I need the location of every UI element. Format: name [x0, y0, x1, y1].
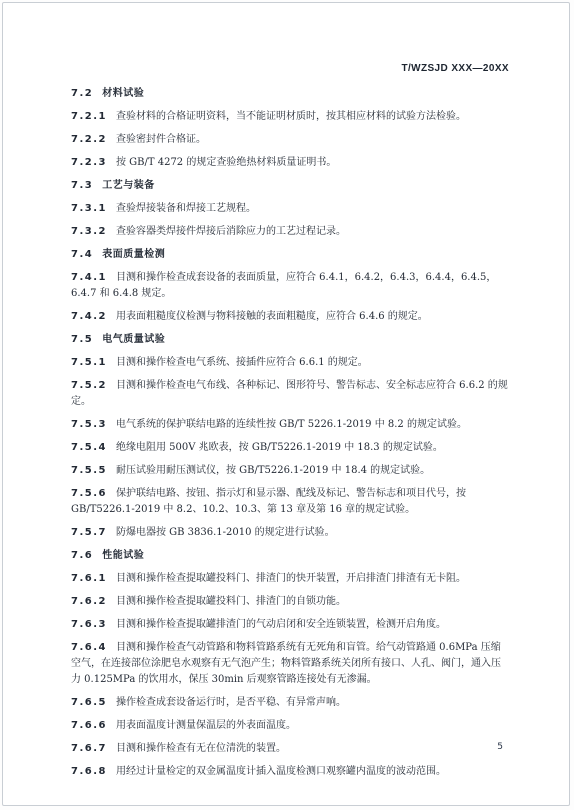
clause-text: 保护联结电路、按钮、指示灯和显示器、配线及标记、警告标志和项目代号，按 GB/T…: [71, 488, 466, 515]
clause-paragraph: 7.6.2目测和操作检查提取罐投料门、排渣门的自锁功能。: [71, 594, 509, 610]
clause-paragraph: 7.5.3电气系统的保护联结电路的连续性按 GB/T 5226.1-2019 中…: [71, 417, 509, 433]
clause-paragraph: 7.2.2查验密封件合格证。: [71, 132, 509, 148]
clause-number: 7.6.3: [71, 619, 107, 630]
clause-text: 目测和操作检查有无在位清洗的装置。: [116, 743, 286, 754]
clause-text: 防爆电器按 GB 3836.1-2010 的规定进行试验。: [116, 527, 335, 538]
clause-text: 耐压试验用耐压测试仪，按 GB/T5226.1-2019 中 18.4 的规定试…: [116, 465, 430, 476]
standard-code-header: T/WZSJD XXX—20XX: [71, 63, 509, 74]
clause-paragraph: 7.2.1查验材料的合格证明资料，当不能证明材质时，按其相应材料的试验方法检验。: [71, 109, 509, 125]
clause-paragraph: 7.6.4目测和操作检查气动管路和物料管路系统有无死角和盲管。给气动管路通 0.…: [71, 640, 509, 688]
clause-number: 7.5.5: [71, 465, 107, 476]
clause-paragraph: 7.4.2用表面粗糙度仪检测与物料接触的表面粗糙度，应符合 6.4.6 的规定。: [71, 309, 509, 325]
clause-text: 目测和操作检查成套设备的表面质量，应符合 6.4.1，6.4.2，6.4.3，6…: [71, 272, 496, 299]
clause-text: 目测和操作检查电气系统、接插件应符合 6.6.1 的规定。: [116, 357, 368, 368]
clause-paragraph: 7.5.5耐压试验用耐压测试仪，按 GB/T5226.1-2019 中 18.4…: [71, 463, 509, 479]
clause-number: 7.6.8: [71, 766, 107, 777]
clause-text: 操作检查成套设备运行时，是否平稳、有异常声响。: [116, 697, 346, 708]
section-heading: 7.4表面质量检测: [71, 247, 509, 263]
section-heading: 7.2材料试验: [71, 86, 509, 102]
clause-number: 7.4.2: [71, 311, 107, 322]
clause-text: 绝缘电阻用 500V 兆欧表，按 GB/T5226.1-2019 中 18.3 …: [116, 442, 443, 453]
clause-text: 用表面温度计测量保温层的外表面温度。: [116, 720, 296, 731]
clause-number: 7.6: [71, 550, 93, 561]
section-heading: 7.5电气质量试验: [71, 332, 509, 348]
clause-number: 7.6.5: [71, 697, 107, 708]
clause-paragraph: 7.5.4绝缘电阻用 500V 兆欧表，按 GB/T5226.1-2019 中 …: [71, 440, 509, 456]
clause-paragraph: 7.5.2目测和操作检查电气布线、各种标记、图形符号、警告标志、安全标志应符合 …: [71, 378, 509, 410]
clause-number: 7.4.1: [71, 272, 107, 283]
clause-paragraph: 7.6.8用经过计量检定的双金属温度计插入温度检测口观察罐内温度的波动范围。: [71, 764, 509, 780]
clause-paragraph: 7.6.3目测和操作检查提取罐排渣门的气动启闭和安全连锁装置，检测开启角度。: [71, 617, 509, 633]
clause-text: 查验焊接装备和焊接工艺规程。: [116, 203, 256, 214]
clause-number: 7.2.2: [71, 134, 107, 145]
clause-text: 电气质量试验: [102, 334, 165, 345]
section-heading: 7.3工艺与装备: [71, 178, 509, 194]
clause-paragraph: 7.4.1目测和操作检查成套设备的表面质量，应符合 6.4.1，6.4.2，6.…: [71, 270, 509, 302]
clause-paragraph: 7.2.3按 GB/T 4272 的规定查验绝热材料质量证明书。: [71, 155, 509, 171]
clause-number: 7.6.4: [71, 642, 107, 653]
clause-text: 按 GB/T 4272 的规定查验绝热材料质量证明书。: [116, 157, 336, 168]
clause-text: 工艺与装备: [102, 180, 155, 191]
clause-text: 查验材料的合格证明资料，当不能证明材质时，按其相应材料的试验方法检验。: [116, 111, 466, 122]
clause-number: 7.6.6: [71, 720, 107, 731]
clause-paragraph: 7.5.1目测和操作检查电气系统、接插件应符合 6.6.1 的规定。: [71, 355, 509, 371]
clause-number: 7.5.6: [71, 488, 107, 499]
clause-text: 目测和操作检查电气布线、各种标记、图形符号、警告标志、安全标志应符合 6.6.2…: [71, 380, 508, 407]
page-number: 5: [497, 742, 503, 752]
clause-number: 7.5: [71, 334, 93, 345]
clause-text: 电气系统的保护联结电路的连续性按 GB/T 5226.1-2019 中 8.2 …: [116, 419, 467, 430]
clause-number: 7.2: [71, 88, 93, 99]
document-body: 7.2材料试验 7.2.1查验材料的合格证明资料，当不能证明材质时，按其相应材料…: [71, 86, 509, 787]
clause-number: 7.5.2: [71, 380, 107, 391]
clause-text: 查验容器类焊接件焊接后消除应力的工艺过程记录。: [116, 226, 346, 237]
clause-text: 目测和操作检查提取罐投料门、排渣门的自锁功能。: [116, 596, 346, 607]
clause-text: 目测和操作检查提取罐投料门、排渣门的快开装置，开启排渣门排渣有无卡阻。: [116, 573, 466, 584]
clause-number: 7.5.1: [71, 357, 107, 368]
clause-number: 7.3.2: [71, 226, 107, 237]
clause-paragraph: 7.3.2查验容器类焊接件焊接后消除应力的工艺过程记录。: [71, 224, 509, 240]
clause-number: 7.5.3: [71, 419, 107, 430]
section-heading: 7.6性能试验: [71, 548, 509, 564]
clause-text: 目测和操作检查气动管路和物料管路系统有无死角和盲管。给气动管路通 0.6MPa …: [71, 642, 501, 685]
clause-paragraph: 7.6.7目测和操作检查有无在位清洗的装置。: [71, 741, 509, 757]
clause-text: 用经过计量检定的双金属温度计插入温度检测口观察罐内温度的波动范围。: [116, 766, 446, 777]
clause-paragraph: 7.6.5操作检查成套设备运行时，是否平稳、有异常声响。: [71, 695, 509, 711]
clause-text: 查验密封件合格证。: [116, 134, 206, 145]
clause-number: 7.2.1: [71, 111, 107, 122]
clause-text: 用表面粗糙度仪检测与物料接触的表面粗糙度，应符合 6.4.6 的规定。: [116, 311, 428, 322]
clause-text: 材料试验: [102, 88, 144, 99]
clause-paragraph: 7.3.1查验焊接装备和焊接工艺规程。: [71, 201, 509, 217]
clause-paragraph: 7.6.6用表面温度计测量保温层的外表面温度。: [71, 718, 509, 734]
clause-paragraph: 7.6.1目测和操作检查提取罐投料门、排渣门的快开装置，开启排渣门排渣有无卡阻。: [71, 571, 509, 587]
clause-number: 7.5.4: [71, 442, 107, 453]
clause-text: 表面质量检测: [102, 249, 165, 260]
clause-number: 7.6.1: [71, 573, 107, 584]
clause-text: 目测和操作检查提取罐排渣门的气动启闭和安全连锁装置，检测开启角度。: [116, 619, 446, 630]
clause-paragraph: 7.5.6保护联结电路、按钮、指示灯和显示器、配线及标记、警告标志和项目代号，按…: [71, 486, 509, 518]
clause-number: 7.4: [71, 249, 93, 260]
clause-number: 7.3: [71, 180, 93, 191]
document-page: T/WZSJD XXX—20XX 7.2材料试验 7.2.1查验材料的合格证明资…: [2, 2, 570, 806]
clause-number: 7.3.1: [71, 203, 107, 214]
clause-number: 7.2.3: [71, 157, 107, 168]
clause-paragraph: 7.5.7防爆电器按 GB 3836.1-2010 的规定进行试验。: [71, 525, 509, 541]
clause-number: 7.5.7: [71, 527, 107, 538]
clause-number: 7.6.2: [71, 596, 107, 607]
clause-number: 7.6.7: [71, 743, 107, 754]
clause-text: 性能试验: [102, 550, 144, 561]
